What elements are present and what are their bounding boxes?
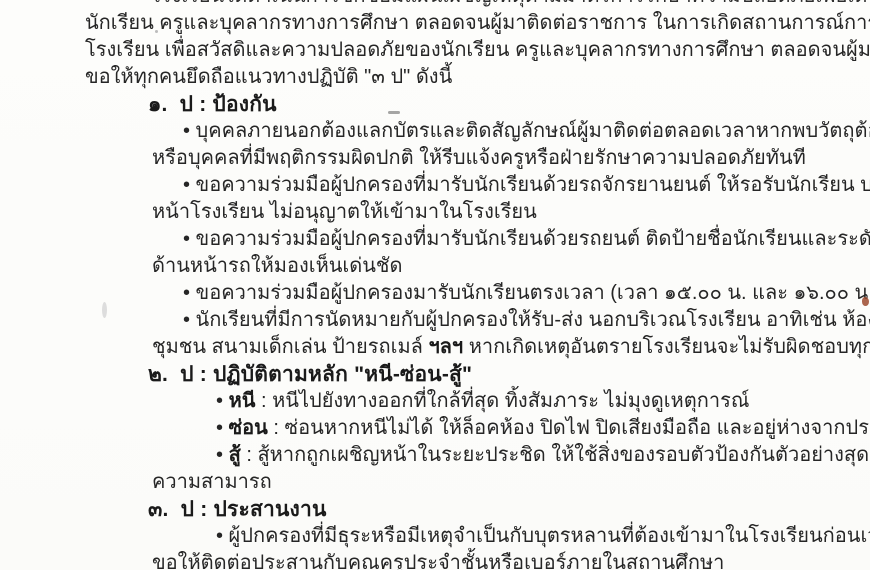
text-segment: ชุมชน สนามเด็กเล่น ป้ายรถเมล์ (152, 336, 428, 358)
section-3-heading: ๓. ป : ประสานงาน (0, 496, 870, 523)
text-segment: • ผู้ปกครองที่มีธุระหรือมีเหตุจำเป็นกับบ… (216, 525, 870, 547)
s1-bullet-3-line-2: ด้านหน้ารถให้มองเห็นเด่นชัด (0, 253, 870, 280)
text-segment: • ขอความร่วมมือผู้ปกครองที่มารับนักเรียน… (183, 228, 870, 250)
text-segment: ขอให้ติดต่อประสานกับคุณครูประจำชั้นหรือเ… (152, 552, 724, 570)
text-segment: ๓. ป : ประสานงาน (148, 498, 327, 521)
s2-bullet-hide: • ซ่อน : ซ่อนหากหนีไม่ได้ ให้ล็อคห้อง ปิ… (0, 415, 870, 442)
scan-smudge (102, 302, 107, 318)
clipped-top-line: โรงเรียนได้ดำเนินการซักซ้อมแผนเผชิญเหตุต… (0, 0, 870, 10)
s1-bullet-1-line-2: หรือบุคคลที่มีพฤติกรรมผิดปกติ ให้รีบแจ้ง… (0, 145, 870, 172)
text-segment: ๑. ป : ป้องกัน (148, 93, 277, 116)
text-segment: • (216, 390, 229, 412)
s1-bullet-4: • ขอความร่วมมือผู้ปกครองมารับนักเรียนตรง… (0, 280, 870, 307)
clipped-top-line-text: โรงเรียนได้ดำเนินการซักซ้อมแผนเผชิญเหตุต… (0, 0, 870, 10)
text-segment: ๒. ป : ปฏิบัติตามหลัก "หนี-ซ่อน-สู้" (148, 363, 472, 386)
s2-bullet-fight-line-1: • สู้ : สู้หากถูกเผชิญหน้าในระยะประชิด ใ… (0, 442, 870, 469)
text-segment: • นักเรียนที่มีการนัดหมายกับผู้ปกครองให้… (183, 309, 870, 331)
text-segment: หรือบุคคลที่มีพฤติกรรมผิดปกติ ให้รีบแจ้ง… (152, 147, 806, 169)
scanned-document-page: โรงเรียนได้ดำเนินการซักซ้อมแผนเผชิญเหตุต… (0, 0, 870, 570)
s1-bullet-5-line-2: ชุมชน สนามเด็กเล่น ป้ายรถเมล์ ฯลฯ หากเกิ… (0, 334, 870, 361)
s2-bullet-flee: • หนี : หนีไปยังทางออกที่ใกล้ที่สุด ทิ้ง… (0, 388, 870, 415)
text-segment: • ขอความร่วมมือผู้ปกครองที่มารับนักเรียน… (183, 174, 870, 196)
para-line-1: นักเรียน ครูและบุคลากรทางการศึกษา ตลอดจน… (0, 10, 870, 37)
text-segment: หากเกิดเหตุอันตรายโรงเรียนจะไม่รับผิดชอบ… (463, 336, 870, 358)
section-1-heading: ๑. ป : ป้องกัน (0, 91, 870, 118)
document-lines: นักเรียน ครูและบุคลากรทางการศึกษา ตลอดจน… (0, 10, 870, 570)
s3-bullet-1-line-2: ขอให้ติดต่อประสานกับคุณครูประจำชั้นหรือเ… (0, 550, 870, 570)
pencil-dash-mark (388, 111, 400, 114)
text-segment: : ซ่อนหากหนีไม่ได้ ให้ล็อคห้อง ปิดไฟ ปิด… (268, 417, 870, 439)
text-segment: ซ่อน (229, 417, 268, 439)
text-segment: สู้ (229, 444, 241, 466)
para-line-3: ขอให้ทุกคนยึดถือแนวทางปฏิบัติ "๓ ป" ดังน… (0, 64, 870, 91)
text-segment: ขอให้ทุกคนยึดถือแนวทางปฏิบัติ "๓ ป" ดังน… (85, 66, 452, 88)
scan-speck-small (155, 30, 158, 33)
s1-bullet-3-line-1: • ขอความร่วมมือผู้ปกครองที่มารับนักเรียน… (0, 226, 870, 253)
text-segment: หน้าโรงเรียน ไม่อนุญาตให้เข้ามาในโรงเรีย… (152, 201, 537, 223)
text-segment: โรงเรียน เพื่อสวัสดิและความปลอดภัยของนัก… (85, 39, 870, 61)
s1-bullet-1-line-1: • บุคคลภายนอกต้องแลกบัตรและติดสัญลักษณ์ผ… (0, 118, 870, 145)
text-segment: หนี (229, 390, 256, 412)
section-2-heading: ๒. ป : ปฏิบัติตามหลัก "หนี-ซ่อน-สู้" (0, 361, 870, 388)
text-segment: • บุคคลภายนอกต้องแลกบัตรและติดสัญลักษณ์ผ… (183, 120, 870, 142)
text-segment: ฯลฯ (428, 336, 463, 358)
s1-bullet-5-line-1: • นักเรียนที่มีการนัดหมายกับผู้ปกครองให้… (0, 307, 870, 334)
para-line-2: โรงเรียน เพื่อสวัสดิและความปลอดภัยของนัก… (0, 37, 870, 64)
s2-bullet-fight-line-2: ความสามารถ (0, 469, 870, 496)
text-segment: : สู้หากถูกเผชิญหน้าในระยะประชิด ให้ใช้ส… (241, 444, 869, 466)
text-segment: ด้านหน้ารถให้มองเห็นเด่นชัด (152, 255, 403, 277)
s1-bullet-2-line-1: • ขอความร่วมมือผู้ปกครองที่มารับนักเรียน… (0, 172, 870, 199)
s3-bullet-1-line-1: • ผู้ปกครองที่มีธุระหรือมีเหตุจำเป็นกับบ… (0, 523, 870, 550)
text-segment: • ขอความร่วมมือผู้ปกครองมารับนักเรียนตรง… (183, 282, 870, 304)
text-segment: • (216, 417, 229, 439)
s1-bullet-2-line-2: หน้าโรงเรียน ไม่อนุญาตให้เข้ามาในโรงเรีย… (0, 199, 870, 226)
red-ink-speck (862, 297, 869, 306)
text-segment: : หนีไปยังทางออกที่ใกล้ที่สุด ทิ้งสัมภาร… (255, 390, 749, 412)
text-segment: • (216, 444, 229, 466)
text-segment: นักเรียน ครูและบุคลากรทางการศึกษา ตลอดจน… (85, 12, 870, 34)
text-segment: ความสามารถ (152, 471, 272, 493)
